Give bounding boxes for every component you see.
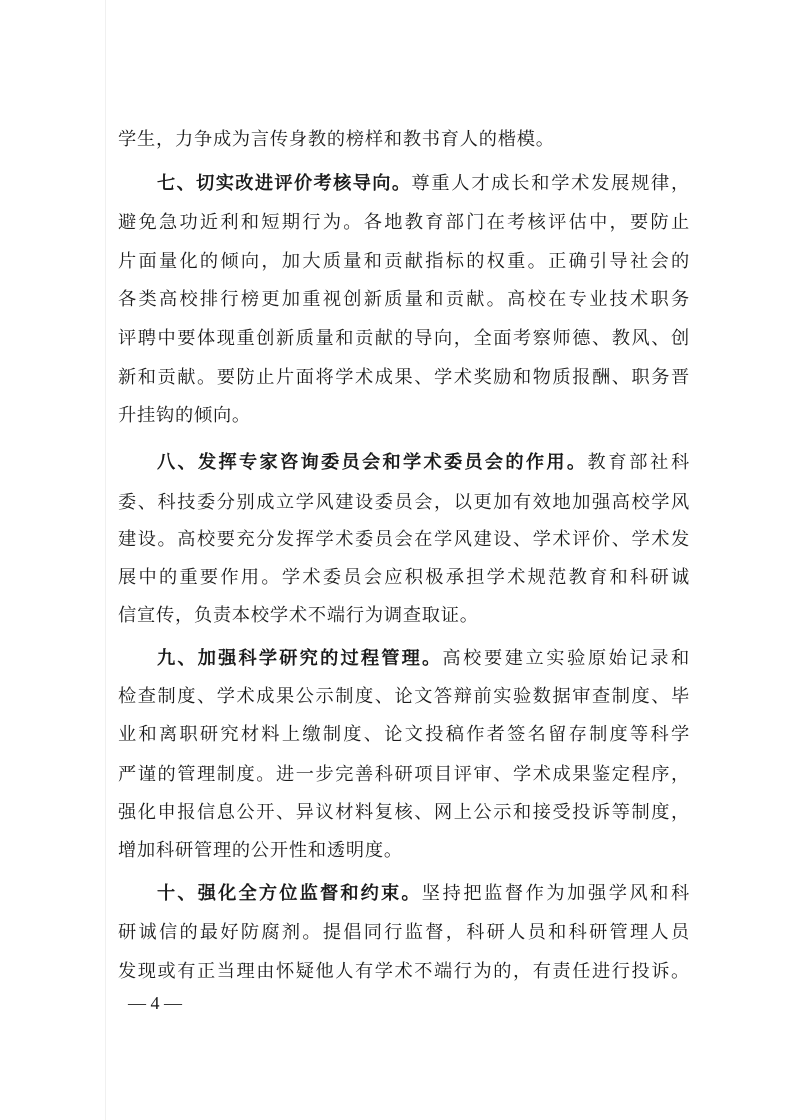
page-number: — 4 —	[128, 992, 182, 1014]
section-8-heading: 八、发挥专家咨询委员会和学术委员会的作用。	[157, 452, 587, 473]
paragraph-line: 信宣传，负责本校学术不端行为调查取证。	[118, 604, 690, 628]
section-8-first-line: 八、发挥专家咨询委员会和学术委员会的作用。教育部社科	[157, 451, 690, 475]
section-8-intro: 教育部社科	[587, 452, 690, 473]
paragraph-line: 强化申报信息公开、异议材料复核、网上公示和接受投诉等制度，	[118, 801, 690, 825]
paragraph-line: 评聘中要体现重创新质量和贡献的导向，全面考察师德、教风、创	[118, 327, 690, 351]
paragraph-line: 新和贡献。要防止片面将学术成果、学术奖励和物质报酬、职务晋	[118, 366, 690, 390]
section-10-first-line: 十、强化全方位监督和约束。坚持把监督作为加强学风和科	[157, 882, 690, 906]
section-9-intro: 高校要建立实验原始记录和	[442, 648, 690, 669]
section-9-heading: 九、加强科学研究的过程管理。	[157, 648, 442, 669]
section-9-first-line: 九、加强科学研究的过程管理。高校要建立实验原始记录和	[157, 647, 690, 671]
paragraph-line: 发现或有正当理由怀疑他人有学术不端行为的，有责任进行投诉。	[118, 960, 690, 984]
paragraph-line: 建设。高校要充分发挥学术委员会在学风建设、学术评价、学术发	[118, 528, 690, 552]
section-10-heading: 十、强化全方位监督和约束。	[157, 883, 422, 904]
paragraph-line: 展中的重要作用。学术委员会应积极承担学术规范教育和科研诚	[118, 566, 690, 590]
paragraph-line: 片面量化的倾向，加大质量和贡献指标的权重。正确引导社会的	[118, 250, 690, 274]
paragraph-line: 委、科技委分别成立学风建设委员会，以更加有效地加强高校学风	[118, 491, 690, 515]
paragraph-line: 研诚信的最好防腐剂。提倡同行监督，科研人员和科研管理人员	[118, 921, 690, 945]
section-7-first-line: 七、切实改进评价考核导向。尊重人才成长和学术发展规律，	[157, 172, 690, 196]
paragraph-line: 增加科研管理的公开性和透明度。	[118, 839, 690, 863]
section-7-intro: 尊重人才成长和学术发展规律，	[411, 173, 690, 194]
paragraph-line: 检查制度、学术成果公示制度、论文答辩前实验数据审查制度、毕	[118, 685, 690, 709]
paragraph-line: 各类高校排行榜更加重视创新质量和贡献。高校在专业技术职务	[118, 288, 690, 312]
page-edge-line	[105, 0, 106, 1120]
paragraph-line: 避免急功近利和短期行为。各地教育部门在考核评估中，要防止	[118, 211, 690, 235]
paragraph-line: 学生，力争成为言传身教的榜样和教书育人的楷模。	[118, 128, 690, 152]
section-10-intro: 坚持把监督作为加强学风和科	[422, 883, 690, 904]
paragraph-line: 升挂钩的倾向。	[118, 404, 690, 428]
paragraph-line: 严谨的管理制度。进一步完善科研项目评审、学术成果鉴定程序，	[118, 763, 690, 787]
section-7-heading: 七、切实改进评价考核导向。	[157, 173, 411, 194]
paragraph-line: 业和离职研究材料上缴制度、论文投稿作者签名留存制度等科学	[118, 723, 690, 747]
